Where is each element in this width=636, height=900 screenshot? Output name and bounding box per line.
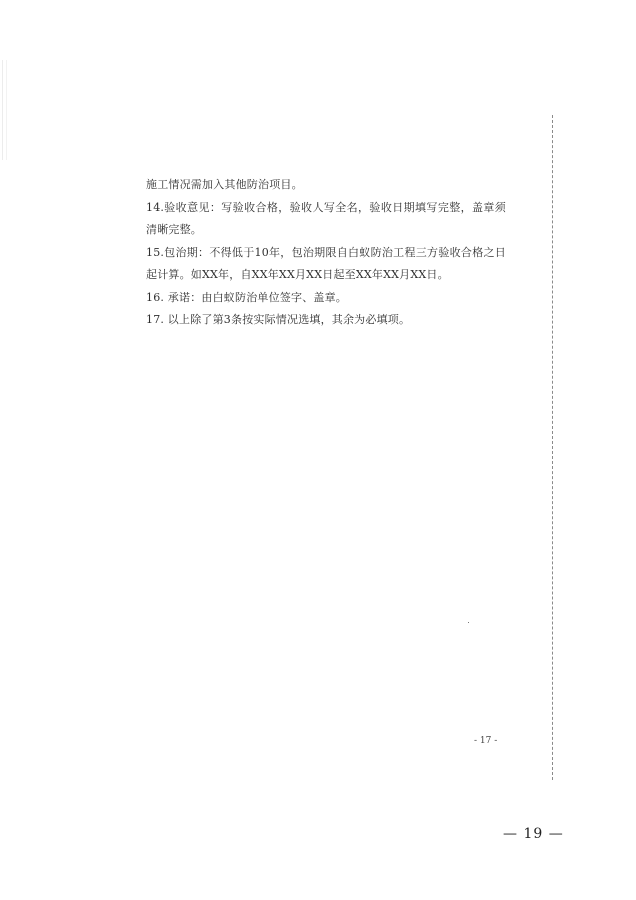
document-body: 施工情况需加入其他防治项目。 14.验收意见：写验收合格，验收人写全名，验收日期… — [146, 174, 506, 332]
dashed-binding-line — [552, 115, 553, 780]
document-page: 施工情况需加入其他防治项目。 14.验收意见：写验收合格，验收人写全名，验收日期… — [0, 0, 636, 900]
paragraph-item-15: 15.包治期：不得低于10年，包治期限自白蚁防治工程三方验收合格之日起计算。如X… — [146, 242, 506, 287]
inner-page-number: - 17 - — [474, 736, 497, 746]
scan-edge-mark — [2, 60, 7, 160]
paragraph-item-17: 17. 以上除了第3条按实际情况选填，其余为必填项。 — [146, 309, 506, 332]
paragraph-item-14: 14.验收意见：写验收合格，验收人写全名，验收日期填写完整，盖章须清晰完整。 — [146, 197, 506, 242]
paragraph-item-16: 16. 承诺：由白蚁防治单位签字、盖章。 — [146, 287, 506, 310]
paragraph-continuation: 施工情况需加入其他防治项目。 — [146, 174, 506, 197]
scan-speck — [468, 622, 469, 623]
outer-page-number: — 19 — — [503, 826, 564, 842]
